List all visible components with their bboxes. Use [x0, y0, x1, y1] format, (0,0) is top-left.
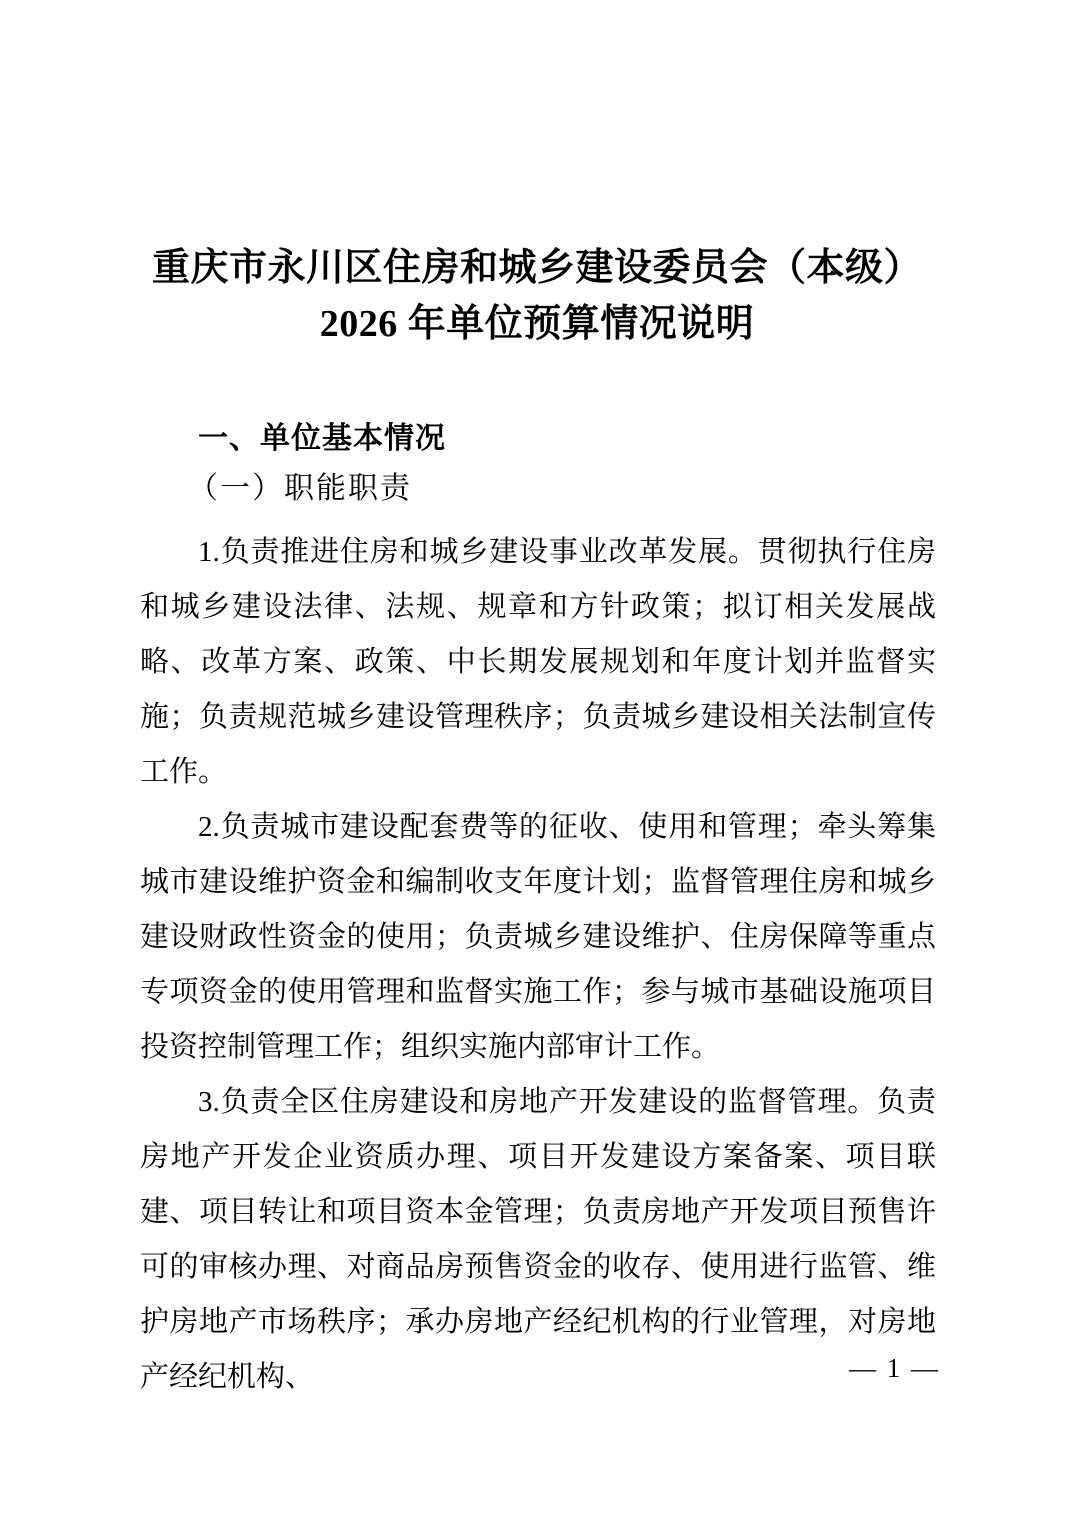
document-title: 重庆市永川区住房和城乡建设委员会（本级） 2026 年单位预算情况说明 — [0, 240, 1074, 352]
document-page: 重庆市永川区住房和城乡建设委员会（本级） 2026 年单位预算情况说明 一、单位… — [0, 0, 1074, 1520]
document-title-line2: 2026 年单位预算情况说明 — [0, 296, 1074, 352]
document-body: 1.负责推进住房和城乡建设事业改革发展。贯彻执行住房和城乡建设法律、法规、规章和… — [140, 525, 936, 1405]
paragraph-duty-3: 3.负责全区住房建设和房地产开发建设的监督管理。负责房地产开发企业资质办理、项目… — [140, 1075, 936, 1405]
paragraph-duty-2: 2.负责城市建设配套费等的征收、使用和管理；牵头筹集城市建设维护资金和编制收支年… — [140, 800, 936, 1075]
section-heading-unit-basic-info: 一、单位基本情况 — [198, 421, 446, 457]
subsection-heading-functions-duties: （一）职能职责 — [188, 471, 412, 507]
document-title-line1: 重庆市永川区住房和城乡建设委员会（本级） — [0, 240, 1074, 296]
page-number: — 1 — — [849, 1353, 940, 1384]
paragraph-duty-1: 1.负责推进住房和城乡建设事业改革发展。贯彻执行住房和城乡建设法律、法规、规章和… — [140, 525, 936, 800]
